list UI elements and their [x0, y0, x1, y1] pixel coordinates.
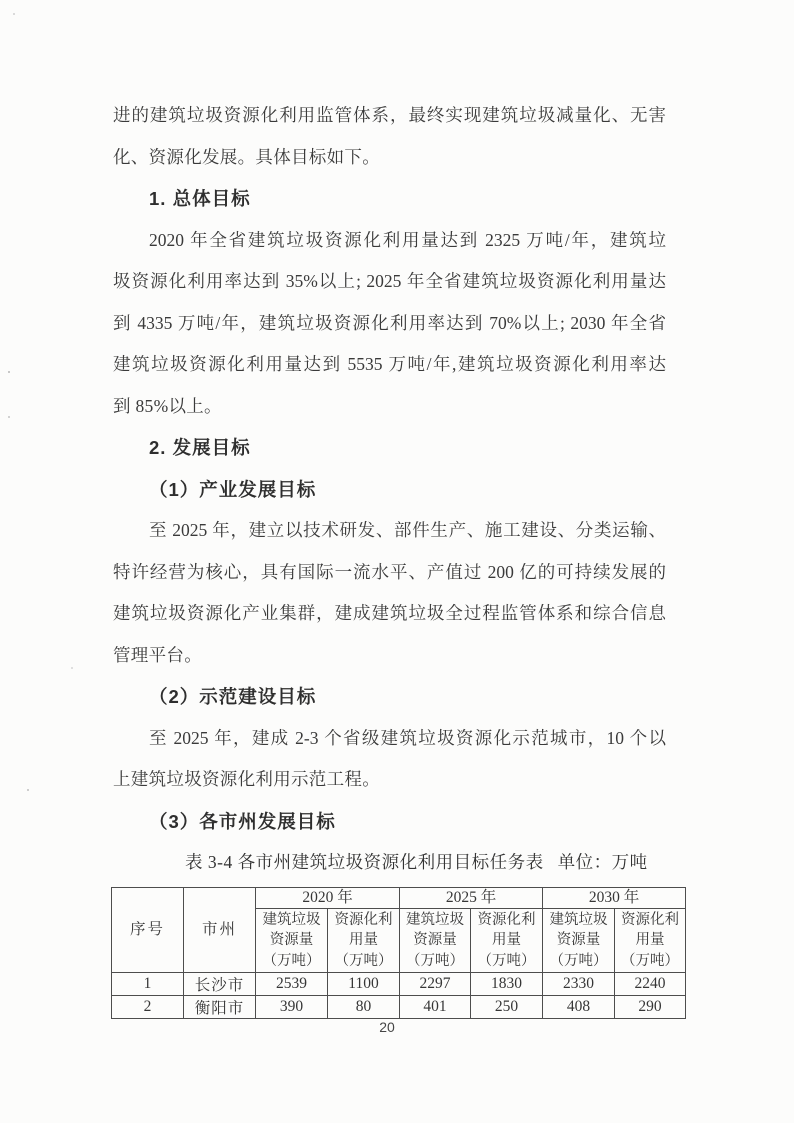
- para4-line1: 至 2025 年，建成 2-3 个省级建筑垃圾资源化示范城市，10 个以: [113, 718, 666, 760]
- subheader-line: （万吨）: [543, 951, 614, 972]
- cell-value: 2297: [400, 973, 471, 996]
- table-caption-title: 表 3-4 各市州建筑垃圾资源化利用目标任务表: [185, 852, 544, 872]
- table-row: 1长沙市253911002297183023302240: [112, 973, 686, 996]
- scan-speck: [27, 789, 29, 791]
- scan-speck: [8, 371, 10, 373]
- scan-speck: [8, 416, 10, 418]
- cell-value: 2330: [543, 973, 615, 996]
- subheader-line: 建筑垃圾: [256, 910, 327, 931]
- subheader-line: 资源化利: [328, 910, 399, 931]
- subheader-line: （万吨）: [400, 951, 470, 972]
- scan-speck: [13, 13, 15, 15]
- subheader-waste-resource: 建筑垃圾资源量（万吨）: [400, 909, 471, 973]
- cell-serial: 1: [112, 973, 184, 996]
- subheader-utilization: 资源化利用量（万吨）: [328, 909, 400, 973]
- cell-value: 2240: [615, 973, 686, 996]
- para2-line5: 到 85%以上。: [113, 386, 666, 428]
- table-row: 2衡阳市39080401250408290: [112, 996, 686, 1019]
- cell-value: 1830: [471, 973, 543, 996]
- subheader-utilization: 资源化利用量（万吨）: [471, 909, 543, 973]
- cell-value: 80: [328, 996, 400, 1019]
- subheader-line: 用量: [328, 930, 399, 951]
- table-caption-unit: 单位：万吨: [558, 852, 648, 872]
- subheader-line: 建筑垃圾: [543, 910, 614, 931]
- subheader-line: 资源化利: [471, 910, 542, 931]
- cell-value: 408: [543, 996, 615, 1019]
- city-goals-table: 序号市州2020 年2025 年2030 年建筑垃圾资源量（万吨）资源化利用量（…: [111, 887, 686, 1019]
- heading-industry-goal: （1）产业发展目标: [113, 469, 666, 511]
- cell-serial: 2: [112, 996, 184, 1019]
- para2-line3: 到 4335 万吨/年，建筑垃圾资源化利用率达到 70%以上; 2030 年全省: [113, 303, 666, 345]
- para3-line2: 特许经营为核心，具有国际一流水平、产值过 200 亿的可持续发展的: [113, 552, 666, 594]
- subheader-line: 资源量: [543, 930, 614, 951]
- header-year-2030: 2030 年: [543, 888, 686, 909]
- heading-demo-goal: （2）示范建设目标: [113, 676, 666, 718]
- header-city: 市州: [184, 888, 256, 973]
- subheader-line: （万吨）: [471, 951, 542, 972]
- cell-value: 290: [615, 996, 686, 1019]
- header-year-2025: 2025 年: [400, 888, 543, 909]
- scan-speck: [71, 667, 73, 669]
- text-body: 进的建筑垃圾资源化利用监管体系，最终实现建筑垃圾减量化、无害化、资源化发展。具体…: [113, 95, 666, 884]
- subheader-line: 建筑垃圾: [400, 910, 470, 931]
- para2-line1: 2020 年全省建筑垃圾资源化利用量达到 2325 万吨/年，建筑垃: [113, 220, 666, 262]
- subheader-line: 用量: [471, 930, 542, 951]
- subheader-line: （万吨）: [328, 951, 399, 972]
- subheader-line: 用量: [615, 930, 685, 951]
- subheader-line: （万吨）: [615, 951, 685, 972]
- subheader-line: 资源化利: [615, 910, 685, 931]
- cell-value: 401: [400, 996, 471, 1019]
- cell-value: 2539: [256, 973, 328, 996]
- header-year-2020: 2020 年: [256, 888, 400, 909]
- table-caption: 表 3-4 各市州建筑垃圾资源化利用目标任务表单位：万吨: [113, 842, 666, 884]
- document-page: 进的建筑垃圾资源化利用监管体系，最终实现建筑垃圾减量化、无害化、资源化发展。具体…: [0, 0, 794, 1123]
- subheader-line: 资源量: [256, 930, 327, 951]
- cell-city: 衡阳市: [184, 996, 256, 1019]
- subheader-waste-resource: 建筑垃圾资源量（万吨）: [256, 909, 328, 973]
- heading-development-goal: 2. 发展目标: [113, 427, 666, 469]
- subheader-line: （万吨）: [256, 951, 327, 972]
- cell-value: 1100: [328, 973, 400, 996]
- cell-value: 390: [256, 996, 328, 1019]
- para1-line1: 进的建筑垃圾资源化利用监管体系，最终实现建筑垃圾减量化、无害: [113, 95, 666, 137]
- cell-city: 长沙市: [184, 973, 256, 996]
- heading-city-goal: （3）各市州发展目标: [113, 801, 666, 843]
- cell-value: 250: [471, 996, 543, 1019]
- para3-line1: 至 2025 年，建立以技术研发、部件生产、施工建设、分类运输、: [113, 510, 666, 552]
- para2-line4: 建筑垃圾资源化利用量达到 5535 万吨/年,建筑垃圾资源化利用率达: [113, 344, 666, 386]
- subheader-line: 资源量: [400, 930, 470, 951]
- subheader-waste-resource: 建筑垃圾资源量（万吨）: [543, 909, 615, 973]
- para2-line2: 圾资源化利用率达到 35%以上; 2025 年全省建筑垃圾资源化利用量达: [113, 261, 666, 303]
- header-serial: 序号: [112, 888, 184, 973]
- subheader-utilization: 资源化利用量（万吨）: [615, 909, 686, 973]
- para1-line2: 化、资源化发展。具体目标如下。: [113, 137, 666, 179]
- heading-overall-goal: 1. 总体目标: [113, 178, 666, 220]
- para3-line4: 管理平台。: [113, 635, 666, 677]
- para3-line3: 建筑垃圾资源化产业集群，建成建筑垃圾全过程监管体系和综合信息: [113, 593, 666, 635]
- para4-line2: 上建筑垃圾资源化利用示范工程。: [113, 759, 666, 801]
- page-number: 20: [0, 1019, 774, 1035]
